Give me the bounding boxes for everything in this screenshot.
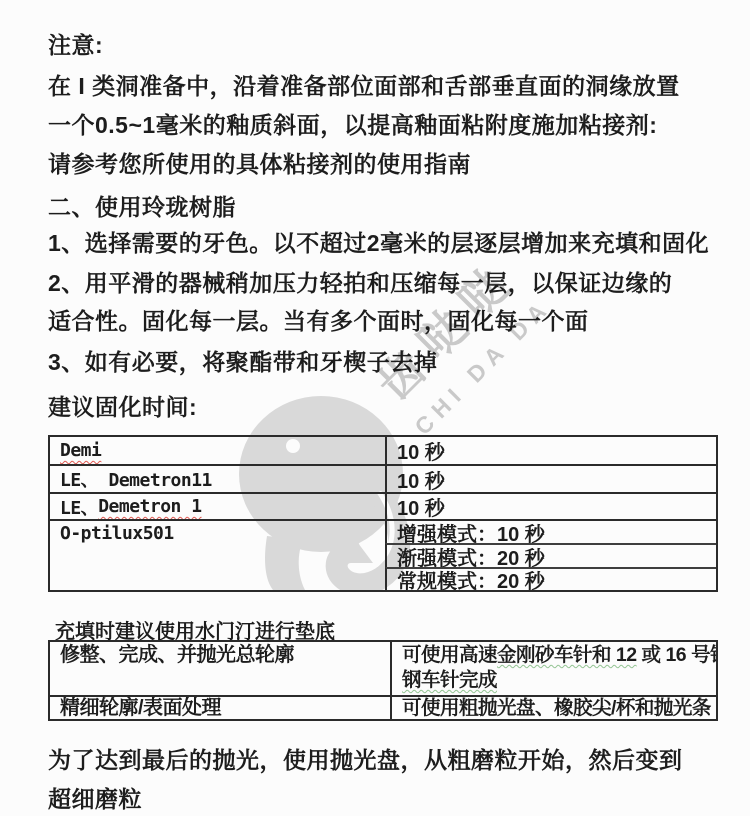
device-name: Demetron 1 xyxy=(98,496,201,517)
step-line-3: 3、如有必要，将聚酯带和牙楔子去掉 xyxy=(48,347,437,377)
closing-line-1: 为了达到最后的抛光，使用抛光盘，从粗磨粒开始，然后变到 xyxy=(48,745,683,775)
step-line-2: 2、用平滑的器械稍加压力轻拍和压缩每一层，以保证边缘的 xyxy=(48,268,672,298)
document-page: 注意: 在 I 类洞准备中，沿着准备部位面部和舌部垂直面的洞缘放置 一个0.5~… xyxy=(0,0,750,816)
note-heading: 注意: xyxy=(48,30,103,60)
curing-mode-cell: 常规模式：20 秒 xyxy=(385,567,716,590)
curing-time-cell: 10 秒 xyxy=(385,437,716,464)
finishing-tool-cell: 可使用高速金刚砂车针和 12 或 16 号钨 钢车针完成 xyxy=(390,642,716,695)
finishing-step-cell: 修整、完成、并抛光总轮廓 xyxy=(50,642,390,695)
intro-line-3: 请参考您所使用的具体粘接剂的使用指南 xyxy=(48,149,471,179)
curing-mode-cell: 增强模式：10 秒 xyxy=(385,519,716,543)
section-heading: 二、使用玲珑树脂 xyxy=(48,192,236,222)
finishing-step-cell: 精细轮廓/表面处理 xyxy=(50,695,390,719)
curing-time-cell: 10 秒 xyxy=(385,464,716,492)
curing-device-cell: Demi xyxy=(50,437,385,464)
closing-line-2: 超细磨粒 xyxy=(48,784,142,814)
curing-time-heading: 建议固化时间: xyxy=(48,392,197,422)
curing-device-cell: LE、 Demetron11 xyxy=(50,464,385,492)
intro-line-2: 一个0.5~1毫米的釉质斜面，以提高釉面粘附度施加粘接剂: xyxy=(48,110,657,140)
tool-line-1: 可使用高速金刚砂车针和 12 或 16 号钨 xyxy=(402,643,716,668)
finishing-table: 修整、完成、并抛光总轮廓 可使用高速金刚砂车针和 12 或 16 号钨 钢车针完… xyxy=(48,640,718,721)
device-name-prefix: LE、 xyxy=(60,494,98,520)
curing-device-cell: O-ptilux501 xyxy=(50,519,385,590)
finishing-tool-cell: 可使用粗抛光盘、橡胶尖/杯和抛光条 xyxy=(390,695,716,719)
curing-device-cell: LE、 Demetron 1 xyxy=(50,492,385,519)
intro-line-1: 在 I 类洞准备中，沿着准备部位面部和舌部垂直面的洞缘放置 xyxy=(48,71,680,101)
tool-line-2: 钢车针完成 xyxy=(402,668,716,693)
step-line-2b: 适合性。固化每一层。当有多个面时，固化每一个面 xyxy=(48,306,589,336)
step-line-1: 1、选择需要的牙色。以不超过2毫米的层逐层增加来充填和固化 xyxy=(48,228,709,258)
curing-time-cell: 10 秒 xyxy=(385,492,716,519)
device-name: Demi xyxy=(60,440,101,461)
curing-mode-cell: 渐强模式：20 秒 xyxy=(385,543,716,567)
curing-time-table: Demi 10 秒 LE、 Demetron11 10 秒 LE、 Demetr… xyxy=(48,435,718,592)
